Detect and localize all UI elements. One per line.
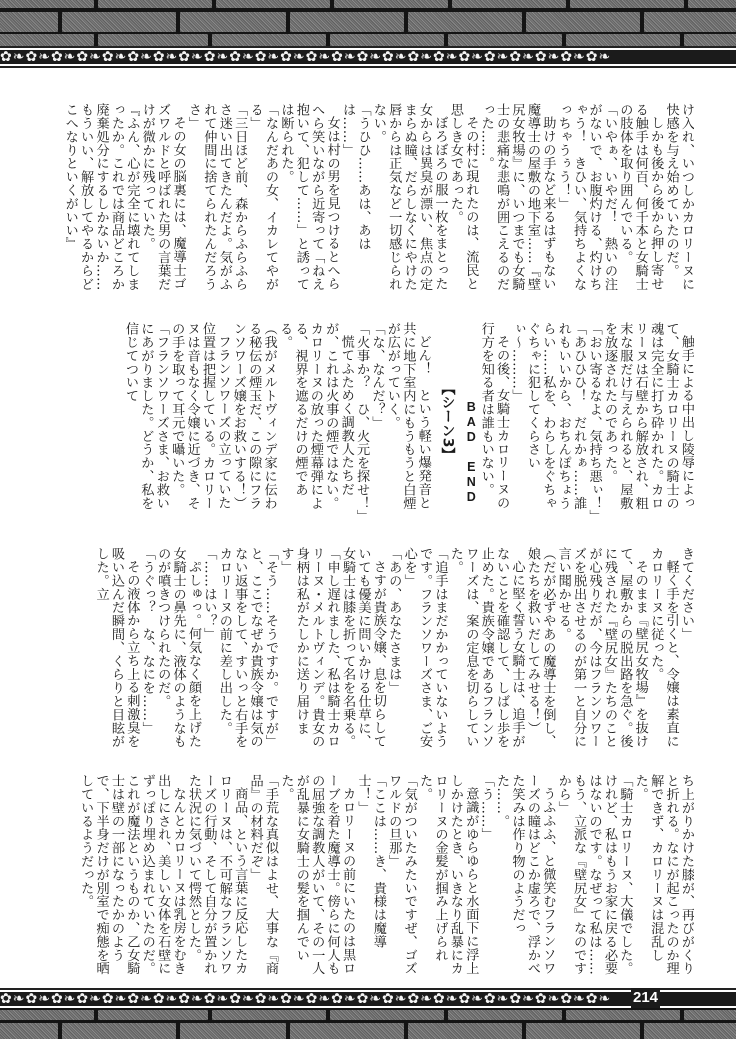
- paragraph: なんとカロリーヌは乳房をむき出しにされ、美しい女体を石壁にずっぽり埋め込まれてい…: [78, 774, 186, 980]
- dialogue: 「申し遅れました、私は騎士カロリーヌ・メルトヴィンデ。貴女の身柄は私がたしかに送…: [278, 547, 340, 753]
- brick-row: [0, 34, 736, 46]
- paragraph: フランソワーズの立っていた位置は把握している。カロリーヌは音もなく令嬢に近づき、…: [169, 322, 231, 522]
- paragraph: 慌てふためく調教人たちだが、これは火事の煙ではない。カロリーヌの放った煙幕弾によ…: [277, 322, 354, 522]
- dialogue: 「あの、あなたさまは」: [386, 547, 401, 753]
- paragraph: 触手による中出し陵辱によって、女騎士カロリーヌの騎士の魂は完全に打ち砕かれた。カ…: [602, 322, 694, 522]
- paragraph: どん！ という軽い爆発音と共に地下室内にもうもうと白煙が広がっていく。: [385, 322, 431, 522]
- dialogue: 「うひひ……あは、あはは……」: [340, 103, 371, 297]
- paragraph: 軽く手を引くと、令嬢は素直にカロリーヌに従った。: [648, 547, 679, 753]
- ornamental-border-top: ✿❧✿❧✿❧✿❧✿❧✿❧✿❧✿❧✿❧✿❧✿❧✿❧✿❧✿❧✿❧✿❧✿❧✿❧✿❧✿❧…: [0, 46, 736, 68]
- dialogue: 「いやぁ、いやだ！ 熱いの注がないで、お腹灼ける、灼けちゃう！ きひい、気持ちよ…: [555, 103, 617, 297]
- paragraph: 意識がゆらゆらと水面下に浮上しかけたとき、いきなり乱暴にカロリーヌの金髪が掴み上…: [417, 774, 479, 980]
- brick-row: [0, 12, 736, 32]
- bad-end-mark: BAD END: [463, 400, 478, 523]
- dialogue: 「うぐっ？ な、なにを……」: [139, 547, 154, 753]
- paragraph: け入れ、いつしかカロリーヌに快感を与え始めていたのだ。: [663, 103, 694, 297]
- dialogue: 「う……」: [478, 774, 493, 980]
- ornamental-border-bottom: ✿❧✿❧✿❧✿❧✿❧✿❧✿❧✿❧✿❧✿❧✿❧✿❧✿❧✿❧✿❧✿❧✿❧✿❧✿❧✿❧…: [0, 988, 736, 1010]
- paragraph: と、ここでなぜか貴族令嬢は気のない返事をして、すいっと右手をカロリーヌの前に差し…: [216, 547, 262, 753]
- paragraph: その村に現れたのは、流民と思しき女であった。: [448, 103, 479, 297]
- paragraph: ぷしゅっ。何気なく顔を上げた女騎士の鼻先に、液体のようなものが噴きつけられたのだ…: [155, 547, 201, 753]
- dialogue: きてください」: [679, 547, 694, 753]
- dialogue: 「そう……そうですか。ですが」: [263, 547, 278, 753]
- paragraph: さすが貴族令嬢、息を切らしていても優美に問いかける仕草に、女騎士は膝を折って名を…: [340, 547, 386, 753]
- dialogue: 「騎士カロリーヌ、大儀でした。けれど、私はもうお家に戻る必要はないのです。なぜっ…: [555, 774, 632, 980]
- brick-row: [0, 0, 736, 8]
- dialogue: 「あひひひ！ だれかぁ……誰れもいいから、おちんぽちょうらい……私を、わらしをぐ…: [509, 322, 586, 522]
- floral-ornament-strip: ✿❧✿❧✿❧✿❧✿❧✿❧✿❧✿❧✿❧✿❧✿❧✿❧✿❧✿❧✿❧✿❧✿❧✿❧✿❧✿❧…: [0, 992, 736, 1006]
- dialogue: 「フランソワーズさま、お救いにあがりました。どうか、私を信じてついて: [123, 322, 169, 522]
- monologue: （だが必ずやあの魔導士を倒し、娘たちを救いだしてみせる！）: [525, 547, 556, 753]
- paragraph: ち上がりかけた膝が、再びがくりと折れる。なにが起こったのか理解できず、カロリーヌ…: [632, 774, 694, 980]
- text-band-3: きてください」 軽く手を引くと、令嬢は素直にカロリーヌに従った。 そのまま『壁尻…: [60, 547, 694, 753]
- dialogue: 「な、なんだ？」: [369, 322, 384, 522]
- paragraph: カロリーヌの前にいたのは黒ローブを着た魔導士。傍らに何人もの屈強な調教人がいて、…: [278, 774, 355, 980]
- text-band-2: 触手による中出し陵辱によって、女騎士カロリーヌの騎士の魂は完全に打ち砕かれた。カ…: [60, 322, 694, 522]
- text-band-4: ち上がりかけた膝が、再びがくりと折れる。なにが起こったのか理解できず、カロリーヌ…: [60, 774, 694, 980]
- paragraph: その女の脳裏には、魔導士ゴズワルドと呼ばれた男の言葉だけが微かに残っていた。: [139, 103, 185, 297]
- dialogue: 「なんだあの女、イカレてやがる」: [247, 103, 278, 297]
- dialogue: 「……はい？」: [201, 547, 216, 753]
- brick-row: [0, 1023, 736, 1039]
- dialogue: 「おい寄るなよ、気持ち悪ぃ！」: [586, 322, 601, 522]
- brick-wall-header: [0, 0, 736, 48]
- paragraph: その後、女騎士カロリーヌの行方を知る者は誰もいない。: [478, 322, 509, 522]
- paragraph: うふふふ、と微笑むフランソワーズの瞳はどこか虚ろで、浮かべた笑みは作り物のようだ…: [494, 774, 556, 980]
- dialogue: 「三日ほど前、森からふらふらさ迷い出てきたんだよ。気がふれて仲間に捨てられたんだ…: [186, 103, 248, 297]
- paragraph: ぼろぼろの服一枚をまとった女からは異臭が漂い、焦点の定まらぬ瞳、だらしなくにやけ…: [370, 103, 447, 297]
- dialogue: 「気がついたみたいですぜ、ゴズワルドの旦那」: [386, 774, 417, 980]
- dialogue: 「追手はまだかかっていないようです。フランソワーズさま、ご安心を」: [401, 547, 447, 753]
- paragraph: しかも後から後から押し寄せる触手は何百、何千本と女騎士の肢体を取り囲んでいる。: [617, 103, 663, 297]
- text-band-1: け入れ、いつしかカロリーヌに快感を与え始めていたのだ。 しかも後から後から押し寄…: [60, 103, 694, 297]
- paragraph: 心に堅く誓う女騎士は、追手がないことを確認して、しばし歩を止めた。貴族令嬢である…: [448, 547, 525, 753]
- dialogue: 『ふん、心が完全に壊れてしまったか。これでは商品どころか廃棄処分にするしかないか…: [62, 103, 139, 297]
- brick-wall-footer: [0, 1008, 736, 1039]
- dialogue: 「火事か？ ひ、火元を探せ！」: [354, 322, 369, 522]
- brick-row: [0, 1010, 736, 1020]
- paragraph: 商品、という言葉に反応したカロリーヌは、不可解なフランソワーズの行動、そして自分…: [186, 774, 248, 980]
- dialogue: 「ここは……き、貴様は魔導士！」: [355, 774, 386, 980]
- paragraph: その液体から立ち上る刺激臭を吸い込んだ瞬間、くらりと目眩がした。立: [93, 547, 139, 753]
- scene-heading: 【シーン3】: [439, 381, 454, 522]
- paragraph: そのまま『壁尻女牧場』を抜けて、屋敷からの脱出路を急ぐ。後に残された『壁尻女』た…: [555, 547, 647, 753]
- page-number: 214: [631, 988, 660, 1008]
- dialogue: 「手荒な真似はよせ、大事な『商品』の材料だぞ」: [247, 774, 278, 980]
- floral-ornament-strip: ✿❧✿❧✿❧✿❧✿❧✿❧✿❧✿❧✿❧✿❧✿❧✿❧✿❧✿❧✿❧✿❧✿❧✿❧✿❧✿❧…: [0, 50, 736, 64]
- paragraph: 助けの手など来るはずもない魔導士の屋敷の地下室……『壁尻女牧場』に、いつまでも女…: [478, 103, 555, 297]
- monologue: （我がメルトヴィンデ家に伝わる秘伝の煙玉だ、この隙にフランソワーズ嬢をお救いする…: [230, 322, 276, 522]
- paragraph: 女は村の男を見つけるとへらへら笑いながら近寄って「ねえ抱いて、犯して……」と誘っ…: [278, 103, 340, 297]
